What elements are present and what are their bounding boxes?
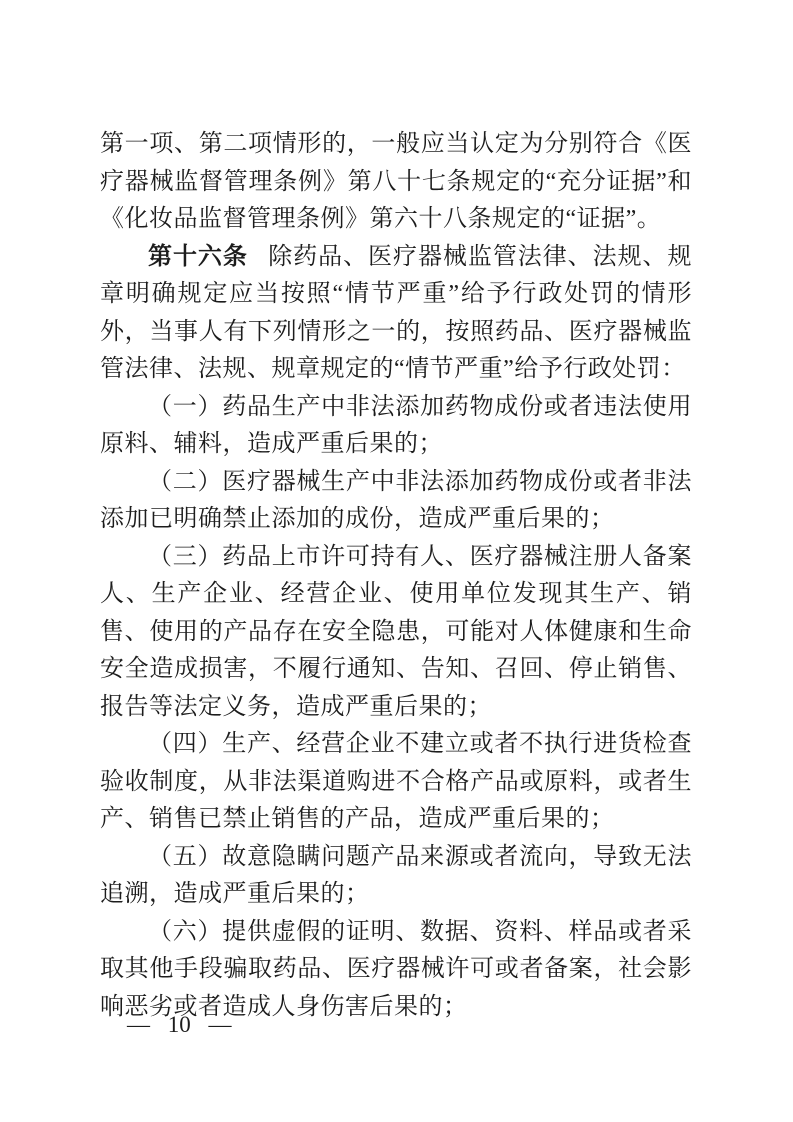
- footer-dash-left: —: [127, 1012, 150, 1038]
- item-6: （六）提供虚假的证明、数据、资料、样品或者采取其他手段骗取药品、医疗器械许可或者…: [100, 914, 692, 1027]
- document-page: 第一项、第二项情形的，一般应当认定为分别符合《医疗器械监督管理条例》第八十七条规…: [0, 0, 793, 1122]
- page-number: 10: [168, 1012, 191, 1038]
- item-2: （二）医疗器械生产中非法添加药物成份或者非法添加已明确禁止添加的成份，造成严重后…: [100, 464, 692, 539]
- article-number-heading: 第十六条: [148, 244, 248, 270]
- item-4: （四）生产、经营企业不建立或者不执行进货检查验收制度，从非法渠道购进不合格产品或…: [100, 726, 692, 839]
- item-5: （五）故意隐瞒问题产品来源或者流向，导致无法追溯，造成严重后果的；: [100, 839, 692, 914]
- item-3: （三）药品上市许可持有人、医疗器械注册人备案人、生产企业、经营企业、使用单位发现…: [100, 539, 692, 727]
- article-16: 第十六条除药品、医疗器械监管法律、法规、规章明确规定应当按照“情节严重”给予行政…: [100, 239, 692, 389]
- footer-dash-right: —: [209, 1012, 232, 1038]
- paragraph-continuation: 第一项、第二项情形的，一般应当认定为分别符合《医疗器械监督管理条例》第八十七条规…: [100, 126, 692, 239]
- item-1: （一）药品生产中非法添加药物成份或者违法使用原料、辅料，造成严重后果的；: [100, 389, 692, 464]
- page-footer: — 10 —: [121, 1012, 238, 1038]
- document-body: 第一项、第二项情形的，一般应当认定为分别符合《医疗器械监督管理条例》第八十七条规…: [100, 126, 692, 1026]
